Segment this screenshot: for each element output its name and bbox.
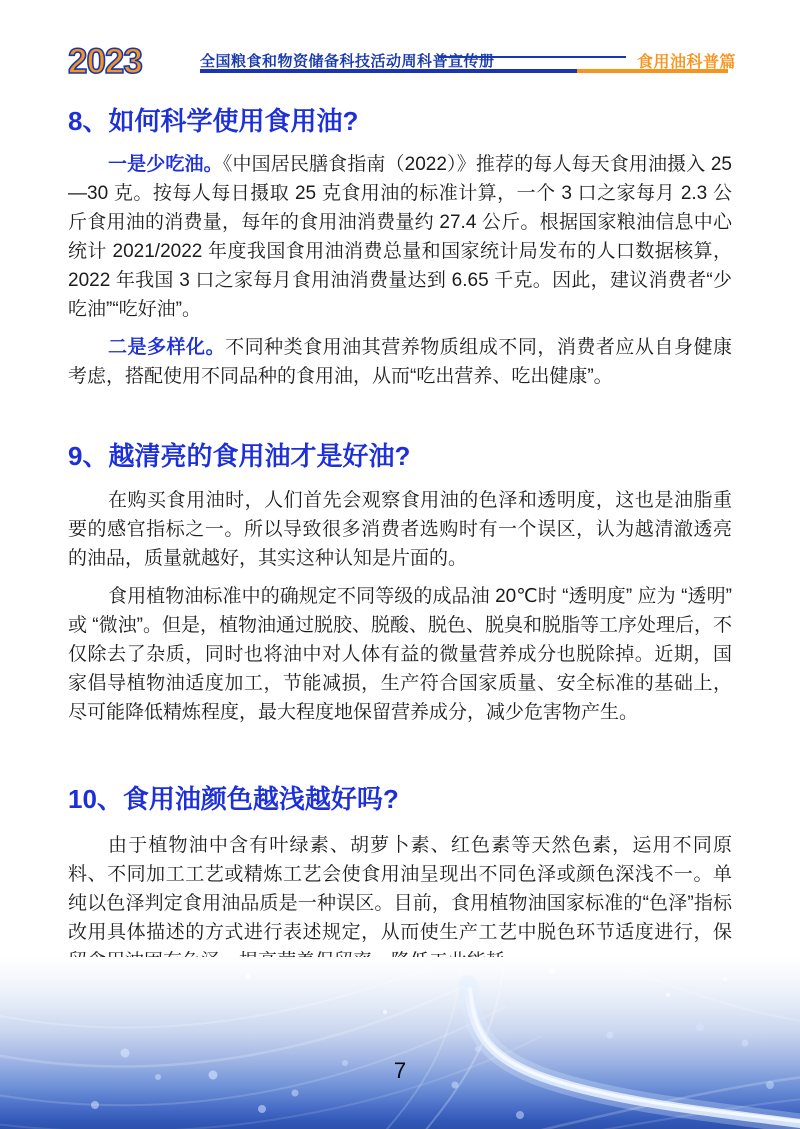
paragraph-text: 由于植物油中含有叶绿素、胡萝卜素、红色素等天然色素，运用不同原料、不同加工工艺或… <box>68 835 732 972</box>
lead-phrase: 二是多样化。 <box>108 337 225 358</box>
booklet-page: 2023 全国粮食和物资储备科技活动周科普宣传册 食用油科普篇 8、如何科学使用… <box>0 0 800 1129</box>
section-9-title: 9、越清亮的食用油才是好油? <box>68 440 732 472</box>
section-10-paragraph-1: 由于植物油中含有叶绿素、胡萝卜素、红色素等天然色素，运用不同原料、不同加工工艺或… <box>68 831 732 976</box>
year-logo: 2023 <box>68 44 142 79</box>
page-content: 8、如何科学使用食用油? 一是少吃油。《中国居民膳食指南（2022）》推荐的每人… <box>68 105 732 985</box>
booklet-title: 全国粮食和物资储备科技活动周科普宣传册 <box>200 50 495 71</box>
page-number: 7 <box>0 1058 800 1084</box>
header-underline-orange <box>577 69 728 73</box>
section-8-title: 8、如何科学使用食用油? <box>68 105 732 137</box>
header-underline-blue <box>200 69 577 73</box>
section-9-paragraph-2: 食用植物油标准中的确规定不同等级的成品油 20℃时 “透明度” 应为 “透明” … <box>68 582 732 727</box>
paragraph-text: 《中国居民膳食指南（2022）》推荐的每人每天食用油摄入 25—30 克。按每人… <box>68 154 732 320</box>
section-10-title: 10、食用油颜色越浅越好吗? <box>68 783 732 815</box>
footer-wave: 7 <box>0 957 800 1129</box>
lead-phrase: 一是少吃油。 <box>108 154 223 175</box>
header-thin-rule <box>438 56 626 58</box>
section-9-paragraph-1: 在购买食用油时，人们首先会观察食用油的色泽和透明度，这也是油脂重要的感官指标之一… <box>68 486 732 573</box>
section-8-paragraph-1: 一是少吃油。《中国居民膳食指南（2022）》推荐的每人每天食用油摄入 25—30… <box>68 150 732 324</box>
wave-graphic <box>0 957 800 1129</box>
paragraph-text: 食用植物油标准中的确规定不同等级的成品油 20℃时 “透明度” 应为 “透明” … <box>68 586 732 723</box>
section-8-paragraph-2: 二是多样化。不同种类食用油其营养物质组成不同，消费者应从自身健康考虑，搭配使用不… <box>68 333 732 391</box>
paragraph-text: 在购买食用油时，人们首先会观察食用油的色泽和透明度，这也是油脂重要的感官指标之一… <box>68 490 732 569</box>
